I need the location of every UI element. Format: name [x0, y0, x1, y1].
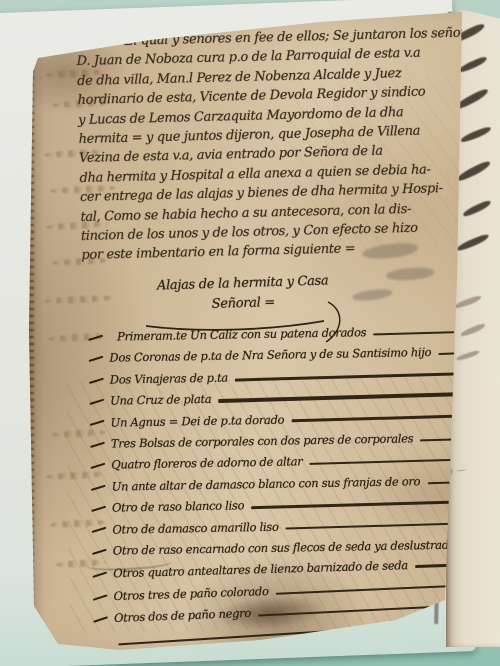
item-text: Otros dos de paño negro [114, 607, 251, 625]
inventory-item: Otros quatro antealtares de lienzo barni… [92, 558, 460, 581]
inventory-item: Un ante altar de damasco blanco con sus … [91, 474, 459, 493]
item-dash-marker [90, 463, 105, 469]
inventory-item: Un Agnus = Dei de p.ta dorado [89, 410, 457, 429]
item-dash-marker [93, 594, 108, 601]
inventory-item: Otro de raso encarnado con sus flecos de… [92, 538, 460, 557]
inventory-item: Dos Vinajeras de p.ta [89, 367, 457, 386]
item-dash-marker [89, 356, 104, 362]
item-rule-line [373, 331, 454, 335]
graphite-smudge [386, 267, 435, 281]
item-text: Un ante altar de damasco blanco con sus … [112, 475, 421, 493]
ink-bleed-stroke [462, 199, 492, 217]
item-dash-marker [90, 441, 105, 447]
ink-bleed-stroke [456, 160, 492, 182]
inventory-item: Una Cruz de plata [89, 389, 457, 408]
inventory-item: Dos Coronas de p.ta de Nra Señora y de s… [88, 346, 456, 365]
item-rule-line [291, 415, 455, 423]
item-text: Otro de raso encarnado con sus flecos de… [113, 539, 456, 558]
ink-bleed-stroke [460, 126, 492, 144]
item-dash-marker [92, 527, 107, 533]
item-dash-marker [93, 616, 108, 623]
item-rule-line [420, 438, 456, 441]
item-dash-marker [88, 335, 103, 341]
inventory-item: Tres Bolsas de corporales con dos pares … [90, 432, 458, 451]
item-text: Otros tres de paño colorado [113, 585, 268, 603]
ink-bleed-stroke [458, 56, 488, 74]
manuscript-photo: falta — El qual y señores en fee de ello… [0, 0, 500, 666]
ink-bleed-stroke [456, 350, 480, 361]
item-text: Primeram.te Un Caliz con su patena dorad… [117, 326, 366, 343]
inventory-item: Otros tres de paño colorado [92, 578, 460, 603]
ink-bleed-stroke [456, 233, 490, 252]
item-dash-marker [91, 506, 106, 512]
inventory-item: Otro de damasco amarillo liso [91, 517, 459, 536]
item-text: Un Agnus = Dei de p.ta dorado [110, 413, 284, 429]
item-rule-line [235, 372, 455, 381]
ink-bleed-stroke [460, 323, 486, 338]
item-dash-marker [90, 420, 105, 426]
item-dash-marker [91, 484, 106, 490]
item-dash-marker [89, 377, 104, 383]
item-text: Tres Bolsas de corporales con dos pares … [111, 432, 414, 450]
item-text: Otros quatro antealtares de lienzo barni… [113, 559, 408, 580]
item-dash-marker [92, 548, 107, 554]
manuscript-page: El qual y señores en fee de ellos; Se ju… [0, 0, 500, 666]
item-text: Dos Vinajeras de p.ta [110, 371, 228, 386]
ink-bleed-stroke [454, 295, 482, 309]
inventory-item: Quatro floreros de adorno de altar [90, 453, 458, 472]
item-text: Dos Coronas de p.ta de Nra Señora y de s… [109, 346, 431, 364]
opening-paragraph: El qual y señores en fee de ellos; Se ju… [76, 24, 466, 266]
item-dash-marker [89, 399, 104, 405]
item-rule-line [438, 353, 454, 355]
item-text: Quatro floreros de adorno de altar [111, 456, 302, 472]
item-text: Otro de raso blanco liso [112, 499, 244, 514]
item-rule-line [218, 393, 455, 403]
item-text: Una Cruz de plata [110, 393, 211, 408]
inventory-list: Primeram.te Un Caliz con su patena dorad… [88, 325, 461, 631]
item-text: Otro de damasco amarillo liso [112, 520, 278, 536]
bleedthrough-line [44, 294, 114, 305]
item-rule-line [286, 523, 458, 530]
item-rule-line [309, 459, 456, 465]
item-rule-line [276, 584, 459, 594]
inventory-item: Otro de raso blanco liso [91, 496, 459, 515]
item-rule-line [251, 500, 457, 509]
item-dash-marker [92, 572, 107, 578]
